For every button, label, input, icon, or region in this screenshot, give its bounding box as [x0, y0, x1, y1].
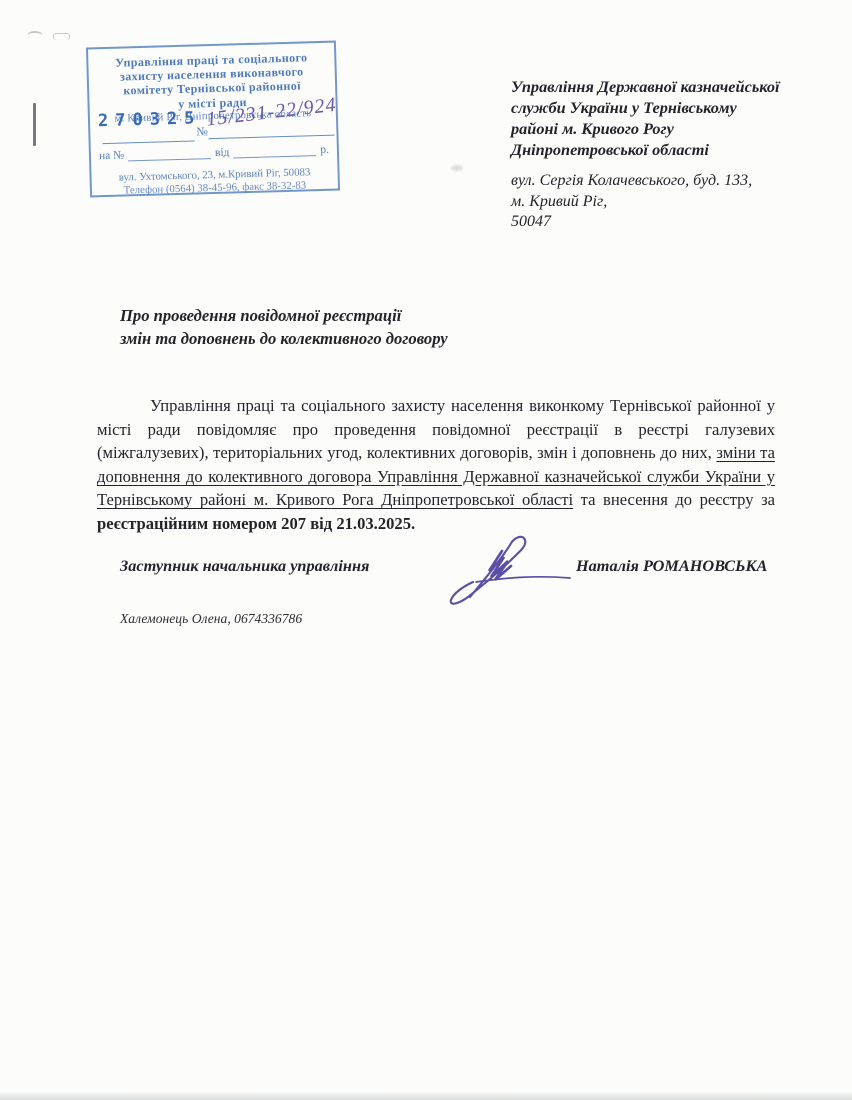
stamp-date-numerator: 270325 [98, 108, 202, 131]
executor-contact-line: Халемонець Олена, 0674336786 [120, 611, 302, 627]
subject-line: змін та доповнень до колективного догово… [120, 328, 640, 351]
letter-body-paragraph: Управління праці та соціального захисту … [97, 394, 775, 536]
scan-artifact-line [33, 103, 36, 146]
recipient-name-line: районі м. Кривого Рогу [511, 118, 831, 139]
body-segment-registration-number: реєстраційним номером 207 від 21.03.2025… [97, 514, 415, 533]
stamp-blank-line [209, 135, 335, 140]
handwritten-signature [432, 533, 577, 623]
scan-bottom-edge [0, 1091, 852, 1100]
stamp-blank-line [103, 141, 195, 145]
recipient-address-line: 50047 [511, 212, 831, 233]
signer-name: Наталія РОМАНОВСЬКА [576, 556, 767, 576]
letter-subject: Про проведення повідомної реєстрації змі… [120, 305, 640, 350]
recipient-name-block: Управління Державної казначейської служб… [511, 76, 831, 160]
body-segment: Управління праці та соціального захисту … [97, 396, 775, 462]
recipient-address-line: вул. Сергія Колачевського, буд. 133, [511, 171, 831, 192]
registration-stamp: Управління праці та соціального захисту … [86, 41, 340, 198]
scan-artifact-mark [53, 33, 70, 40]
recipient-name-line: служби України у Тернівському [511, 97, 831, 118]
body-segment: та внесення до реєстру за [573, 490, 775, 509]
recipient-name-line: Дніпропетровської області [511, 139, 831, 160]
recipient-address-line: м. Кривий Ріг, [511, 192, 831, 213]
recipient-name-line: Управління Державної казначейської [511, 76, 831, 97]
scan-artifact-mark [27, 31, 43, 40]
stamp-reply-na-label: на № [99, 149, 124, 162]
signer-position-title: Заступник начальника управління [120, 556, 369, 576]
stamp-reply-vid-label: від [215, 147, 230, 159]
scanned-letter-page: Управління праці та соціального захисту … [0, 0, 852, 1100]
stamp-blank-line [233, 143, 316, 158]
stamp-reply-r-label: р. [320, 144, 329, 156]
scan-artifact-smudge [451, 165, 463, 171]
recipient-address-block: вул. Сергія Колачевського, буд. 133, м. … [511, 171, 831, 233]
stamp-blank-line [128, 146, 211, 161]
subject-line: Про проведення повідомної реєстрації [120, 305, 640, 328]
stamp-reply-line: на № від р. [99, 143, 329, 162]
